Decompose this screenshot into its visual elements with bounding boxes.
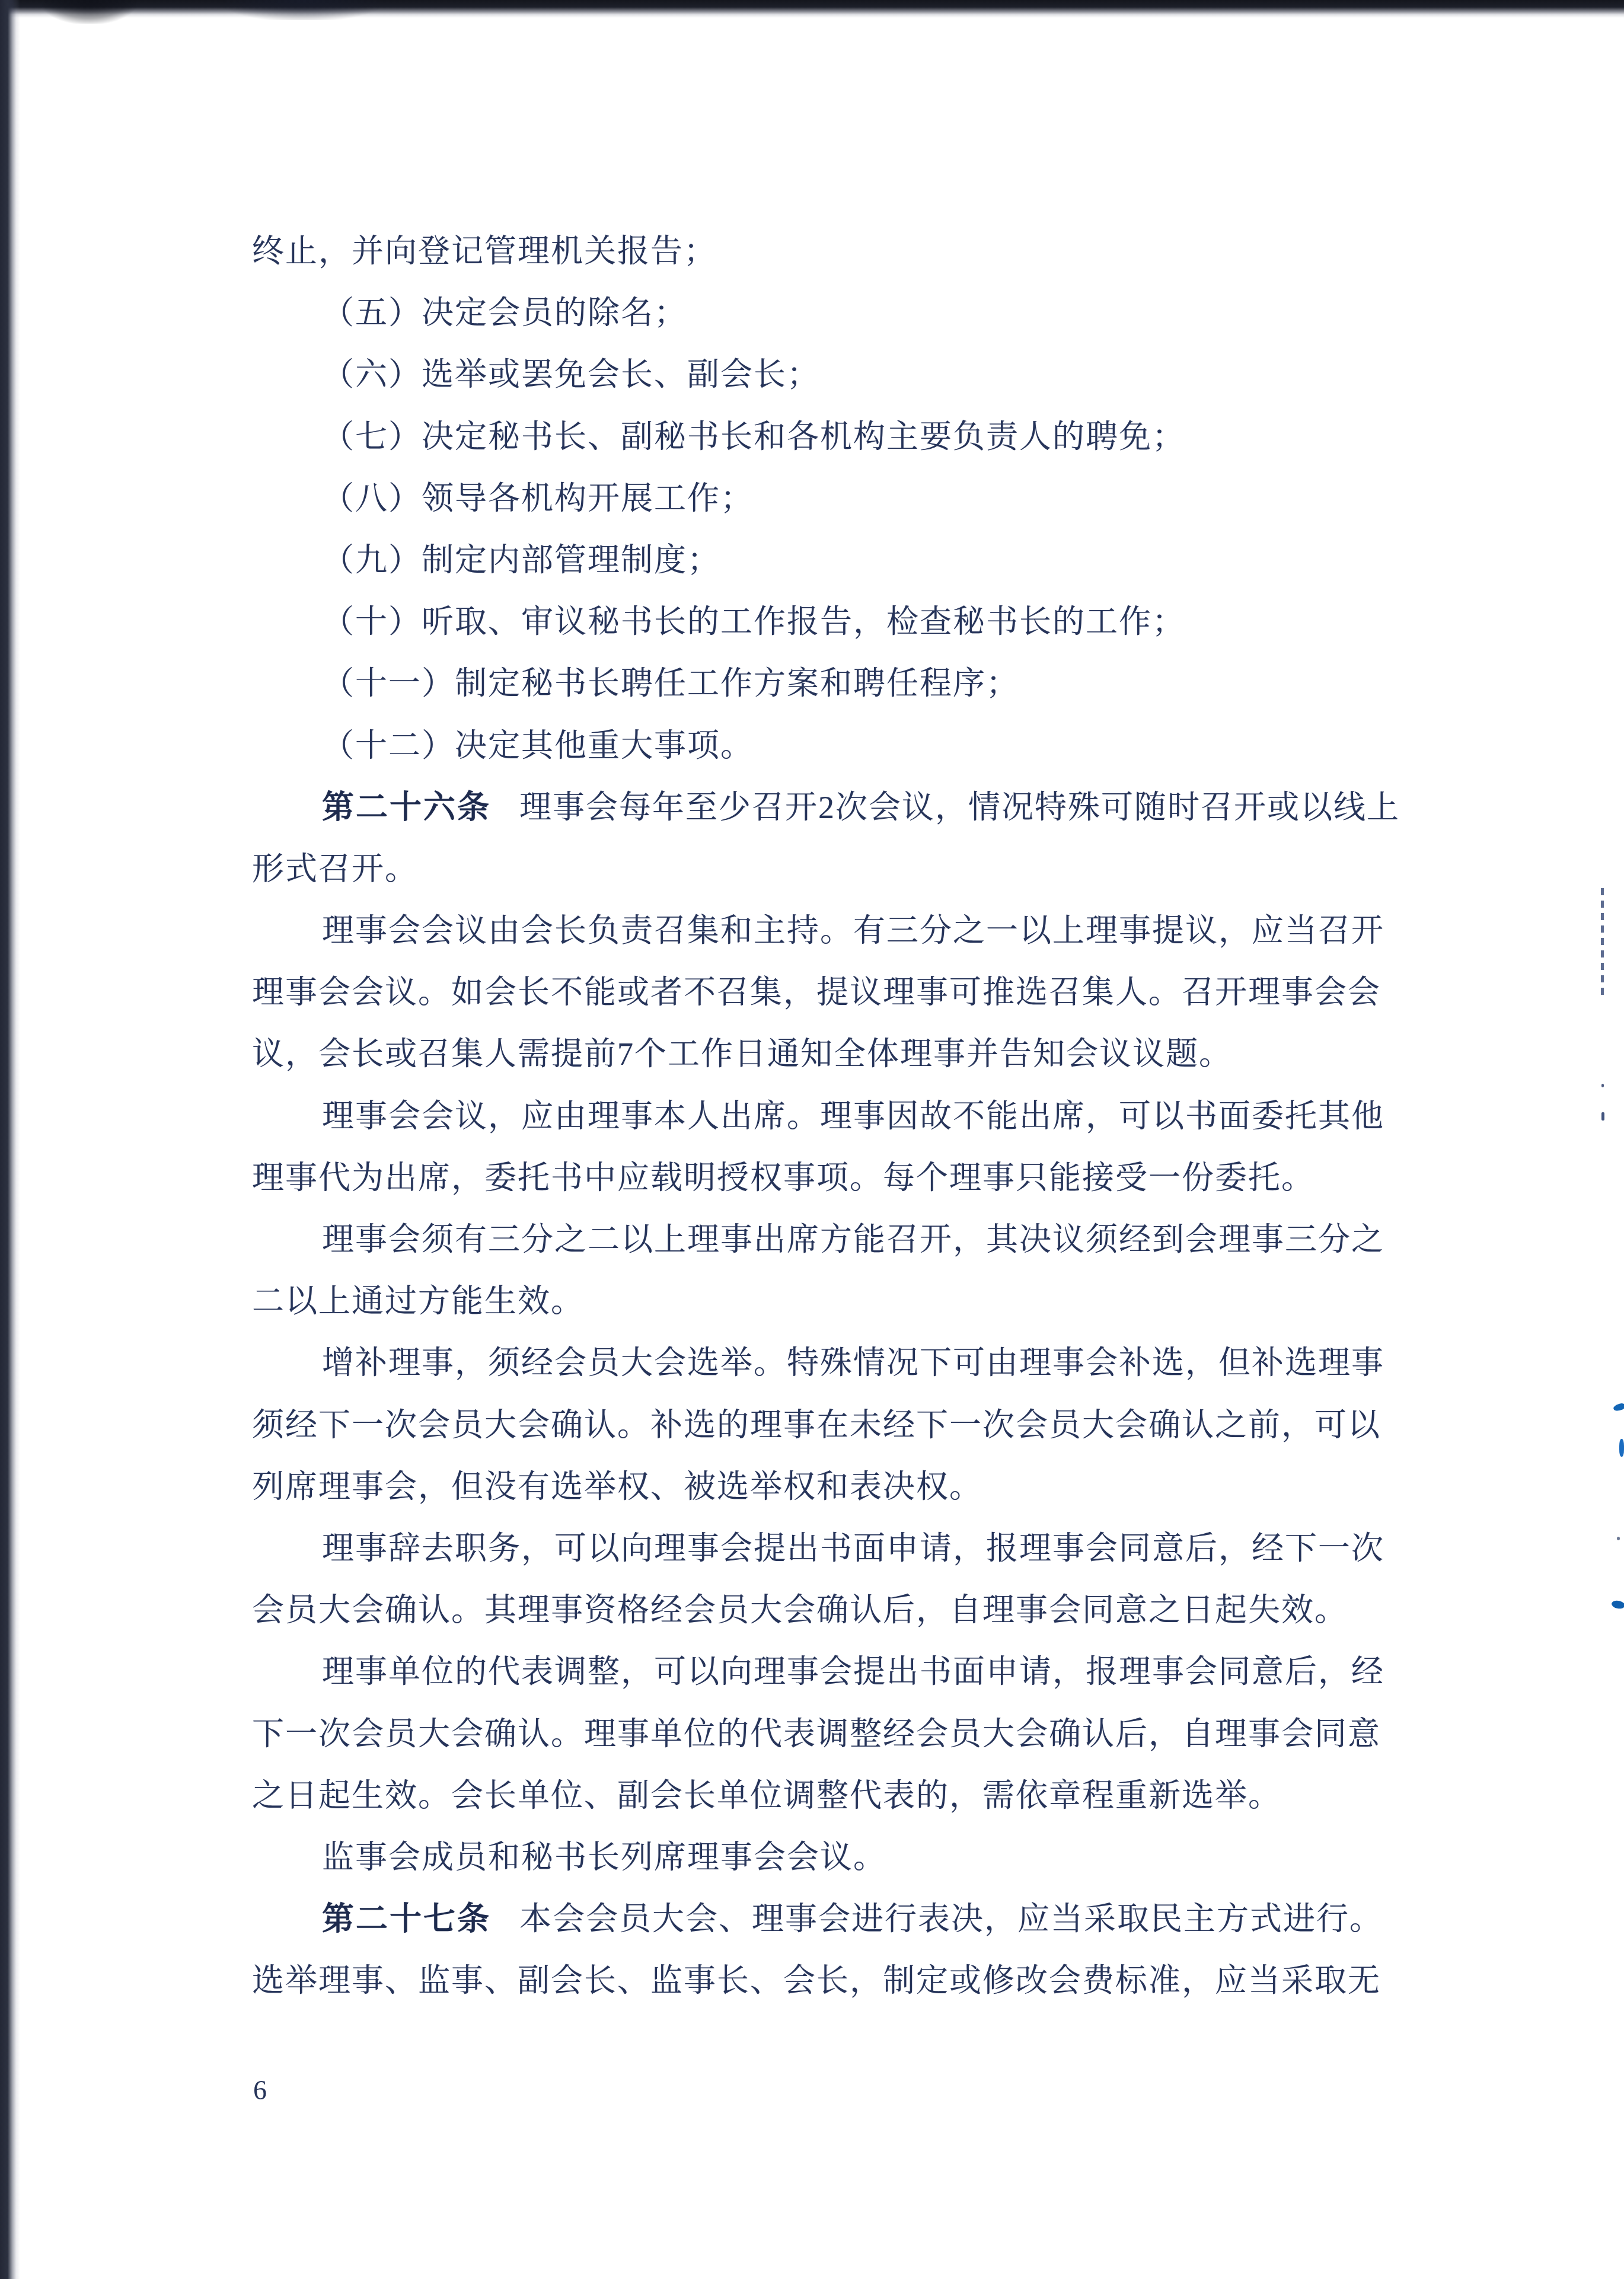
line-text: 选举理事、监事、副会长、监事长、会长，制定或修改会费标准，应当采取无: [252, 1963, 1381, 1999]
line-text: 增补理事，须经会员大会选举。特殊情况下可由理事会补选，但补选理事: [322, 1345, 1384, 1381]
text-line: 形式召开。: [252, 838, 1438, 900]
text-line: （六）选举或罢免会长、副会长；: [252, 344, 1438, 406]
text-line: 列席理事会，但没有选举权、被选举权和表决权。: [252, 1456, 1438, 1518]
text-line: 议，会长或召集人需提前7个工作日通知全体理事并告知会议议题。: [252, 1023, 1438, 1085]
text-line: 之日起生效。会长单位、副会长单位调整代表的，需依章程重新选举。: [252, 1765, 1438, 1827]
line-text: 下一次会员大会确认。理事单位的代表调整经会员大会确认后，自理事会同意: [252, 1716, 1381, 1752]
text-line: （十二）决定其他重大事项。: [252, 715, 1438, 777]
text-line: 监事会成员和秘书长列席理事会会议。: [252, 1827, 1438, 1888]
text-line: 选举理事、监事、副会长、监事长、会长，制定或修改会费标准，应当采取无: [252, 1950, 1438, 2012]
line-text: （五）决定会员的除名；: [322, 295, 687, 331]
line-text: 列席理事会，但没有选举权、被选举权和表决权。: [252, 1469, 982, 1505]
scan-artifact: [1613, 1403, 1624, 1412]
line-text: （十）听取、审议秘书长的工作报告，检查秘书长的工作；: [322, 604, 1185, 640]
line-text: （六）选举或罢免会长、副会长；: [322, 357, 820, 392]
line-text: （十二）决定其他重大事项。: [322, 728, 754, 764]
text-line: （九）制定内部管理制度；: [252, 529, 1438, 591]
text-line: 第二十七条本会会员大会、理事会进行表决，应当采取民主方式进行。: [252, 1888, 1438, 1950]
text-line: （五）决定会员的除名；: [252, 282, 1438, 344]
text-line: 理事会须有三分之二以上理事出席方能召开，其决议须经到会理事三分之: [252, 1209, 1438, 1271]
text-line: 理事会会议。如会长不能或者不召集，提议理事可推选召集人。召开理事会会: [252, 962, 1438, 1023]
text-line: 增补理事，须经会员大会选举。特殊情况下可由理事会补选，但补选理事: [252, 1332, 1438, 1394]
article-number: 第二十七条: [322, 1901, 491, 1937]
text-line: 二以上通过方能生效。: [252, 1271, 1438, 1332]
document-body: 终止，并向登记管理机关报告；（五）决定会员的除名；（六）选举或罢免会长、副会长；…: [252, 221, 1438, 2012]
text-line: 须经下一次会员大会确认。补选的理事在未经下一次会员大会确认之前，可以: [252, 1394, 1438, 1456]
scan-artifact: [1601, 1084, 1604, 1087]
text-line: 理事单位的代表调整，可以向理事会提出书面申请，报理事会同意后，经: [252, 1641, 1438, 1703]
line-text: 监事会成员和秘书长列席理事会会议。: [322, 1840, 886, 1875]
line-text: 会员大会确认。其理事资格经会员大会确认后，自理事会同意之日起失效。: [252, 1592, 1348, 1628]
line-text: 理事会会议由会长负责召集和主持。有三分之一以上理事提议，应当召开: [322, 913, 1384, 949]
line-text: 二以上通过方能生效。: [252, 1284, 584, 1319]
text-line: （十）听取、审议秘书长的工作报告，检查秘书长的工作；: [252, 591, 1438, 653]
text-line: 第二十六条理事会每年至少召开2次会议，情况特殊可随时召开或以线上: [252, 777, 1438, 838]
line-text: 理事会会议。如会长不能或者不召集，提议理事可推选召集人。召开理事会会: [252, 975, 1381, 1010]
scan-border-left: [0, 0, 20, 2279]
article-number: 第二十六条: [322, 790, 491, 825]
text-line: 下一次会员大会确认。理事单位的代表调整经会员大会确认后，自理事会同意: [252, 1703, 1438, 1765]
line-text: 理事单位的代表调整，可以向理事会提出书面申请，报理事会同意后，经: [322, 1654, 1384, 1690]
line-text: 终止，并向登记管理机关报告；: [252, 234, 717, 269]
text-line: 理事辞去职务，可以向理事会提出书面申请，报理事会同意后，经下一次: [252, 1518, 1438, 1579]
scan-artifact: [1611, 1600, 1624, 1610]
text-line: 理事会会议由会长负责召集和主持。有三分之一以上理事提议，应当召开: [252, 900, 1438, 962]
text-line: （七）决定秘书长、副秘书长和各机构主要负责人的聘免；: [252, 406, 1438, 468]
line-text: 本会会员大会、理事会进行表决，应当采取民主方式进行。: [519, 1901, 1383, 1937]
scan-artifact: [1617, 1537, 1620, 1540]
line-text: （七）决定秘书长、副秘书长和各机构主要负责人的聘免；: [322, 419, 1185, 455]
text-line: （十一）制定秘书长聘任工作方案和聘任程序；: [252, 653, 1438, 714]
line-text: 议，会长或召集人需提前7个工作日通知全体理事并告知会议议题。: [252, 1036, 1232, 1072]
text-line: 终止，并向登记管理机关报告；: [252, 221, 1438, 282]
line-text: 理事会会议，应由理事本人出席。理事因故不能出席，可以书面委托其他: [322, 1099, 1384, 1134]
line-text: 理事辞去职务，可以向理事会提出书面申请，报理事会同意后，经下一次: [322, 1531, 1384, 1566]
line-text: 理事会须有三分之二以上理事出席方能召开，其决议须经到会理事三分之: [322, 1222, 1384, 1257]
text-line: （八）领导各机构开展工作；: [252, 468, 1438, 529]
line-text: （十一）制定秘书长聘任工作方案和聘任程序；: [322, 666, 1019, 701]
scan-artifact: [1619, 1439, 1624, 1457]
text-line: 理事会会议，应由理事本人出席。理事因故不能出席，可以书面委托其他: [252, 1086, 1438, 1147]
line-text: 理事代为出席，委托书中应载明授权事项。每个理事只能接受一份委托。: [252, 1160, 1314, 1196]
line-text: 须经下一次会员大会确认。补选的理事在未经下一次会员大会确认之前，可以: [252, 1407, 1381, 1443]
line-text: 理事会每年至少召开2次会议，情况特殊可随时召开或以线上: [519, 790, 1400, 825]
line-text: （八）领导各机构开展工作；: [322, 481, 754, 516]
text-line: 理事代为出席，委托书中应载明授权事项。每个理事只能接受一份委托。: [252, 1147, 1438, 1209]
page-number: 6: [253, 2073, 267, 2108]
line-text: 形式召开。: [252, 851, 418, 887]
line-text: 之日起生效。会长单位、副会长单位调整代表的，需依章程重新选举。: [252, 1778, 1281, 1814]
scanned-document-page: 终止，并向登记管理机关报告；（五）决定会员的除名；（六）选举或罢免会长、副会长；…: [0, 0, 1624, 2279]
scan-artifact: [1601, 1112, 1604, 1121]
line-text: （九）制定内部管理制度；: [322, 542, 720, 578]
text-line: 会员大会确认。其理事资格经会员大会确认后，自理事会同意之日起失效。: [252, 1579, 1438, 1641]
scan-border-top: [0, 0, 1624, 18]
scan-artifact: [1601, 888, 1604, 998]
